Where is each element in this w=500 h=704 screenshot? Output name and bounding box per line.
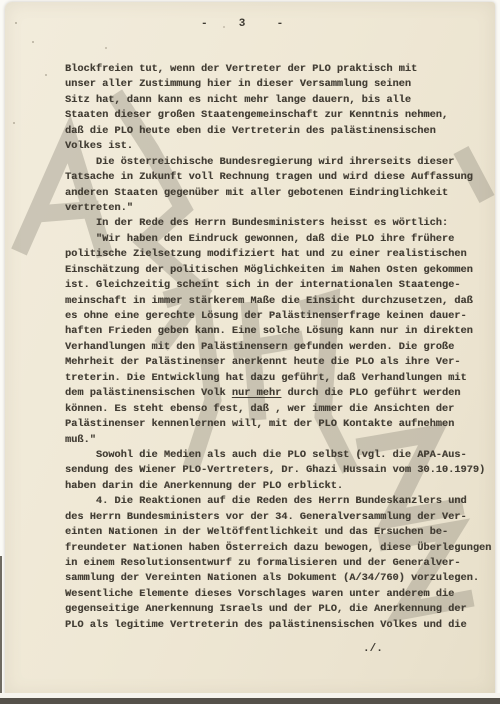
text-line: Mehrheit der Palästinenser anerkennt heu…	[65, 356, 495, 371]
text-line: sammlung der Vereinten Nationen als Doku…	[65, 572, 495, 587]
page-number: - 3 -	[201, 18, 289, 30]
text-line: Wesentliche Elemente dieses Vorschlages …	[65, 588, 495, 603]
paper-sheet: - 3 - Blockfreien tut, wenn der Vertrete…	[5, 2, 495, 695]
text-line: Sitz hat, dann kann es nicht mehr lange …	[65, 94, 495, 109]
text-line: Staaten dieser großen Staatengemeinschaf…	[65, 109, 495, 124]
text-line: Sowohl die Medien als auch die PLO selbs…	[65, 449, 495, 464]
text-line: in einem Resolutionsentwurf zu formalisi…	[65, 557, 495, 572]
text-line: es ohne eine gerechte Lösung der Palästi…	[65, 310, 495, 325]
text-line: politische Zielsetzung modifiziert hat u…	[65, 248, 495, 263]
paper-specks	[15, 22, 17, 24]
text-line: einten Nationen in der Weltöffentlichkei…	[65, 526, 495, 541]
text-line: sendung des Wiener PLO-Vertreters, Dr. G…	[65, 464, 495, 479]
text-line: treterin. Die Entwicklung hat dazu gefüh…	[65, 372, 495, 387]
text-line: Verhandlungen mit den Palästinensern gef…	[65, 341, 495, 356]
text-line: meinschaft in immer stärkerem Maße die E…	[65, 295, 495, 310]
text-line: "Wir haben den Eindruck gewonnen, daß di…	[65, 233, 495, 248]
text-line: unser aller Zustimmung hier in dieser Ve…	[65, 78, 495, 93]
text-line: muß."	[65, 434, 495, 449]
text-line: Die österreichische Bundesregierung wird…	[65, 156, 495, 171]
text-line: gegenseitige Anerkennung Israels und der…	[65, 603, 495, 618]
text-line: des Herrn Bundesministers vor der 34. Ge…	[65, 511, 495, 526]
text-line: PLO als legitime Vertreterin des palästi…	[65, 619, 495, 634]
scanned-document: - 3 - Blockfreien tut, wenn der Vertrete…	[0, 0, 500, 704]
document-body: Blockfreien tut, wenn der Vertreter der …	[65, 63, 495, 634]
text-line: können. Es steht ebenso fest, daß , wer …	[65, 403, 495, 418]
text-line: anderen Staaten gegenüber mit aller gebo…	[65, 187, 495, 202]
text-line: haften Frieden geben kann. Eine solche L…	[65, 325, 495, 340]
text-line: daß die PLO heute eben die Vertreterin d…	[65, 125, 495, 140]
text-line: dem palästinensischen Volk nur mehr durc…	[65, 387, 495, 402]
text-line: vertreten."	[65, 202, 495, 217]
scan-edge-shadow	[0, 698, 500, 704]
text-line: Tatsache in Zukunft voll Rechnung tragen…	[65, 171, 495, 186]
text-line: Palästinenser kennenlernen will, mit der…	[65, 418, 495, 433]
text-line: 4. Die Reaktionen auf die Reden des Herr…	[65, 495, 495, 510]
text-line: Blockfreien tut, wenn der Vertreter der …	[65, 63, 495, 78]
text-line: freundeter Nationen haben Österreich daz…	[65, 542, 495, 557]
text-line: In der Rede des Herrn Bundesministers he…	[65, 217, 495, 232]
text-line: haben darin die Anerkennung der PLO erbl…	[65, 480, 495, 495]
text-line: Volkes ist.	[65, 140, 495, 155]
text-line: Einschätzung der politischen Möglichkeit…	[65, 264, 495, 279]
scan-edge-left	[0, 556, 2, 696]
continuation-mark: ./.	[363, 643, 383, 655]
text-line: ist. Gleichzeitig scheint sich in der in…	[65, 279, 495, 294]
